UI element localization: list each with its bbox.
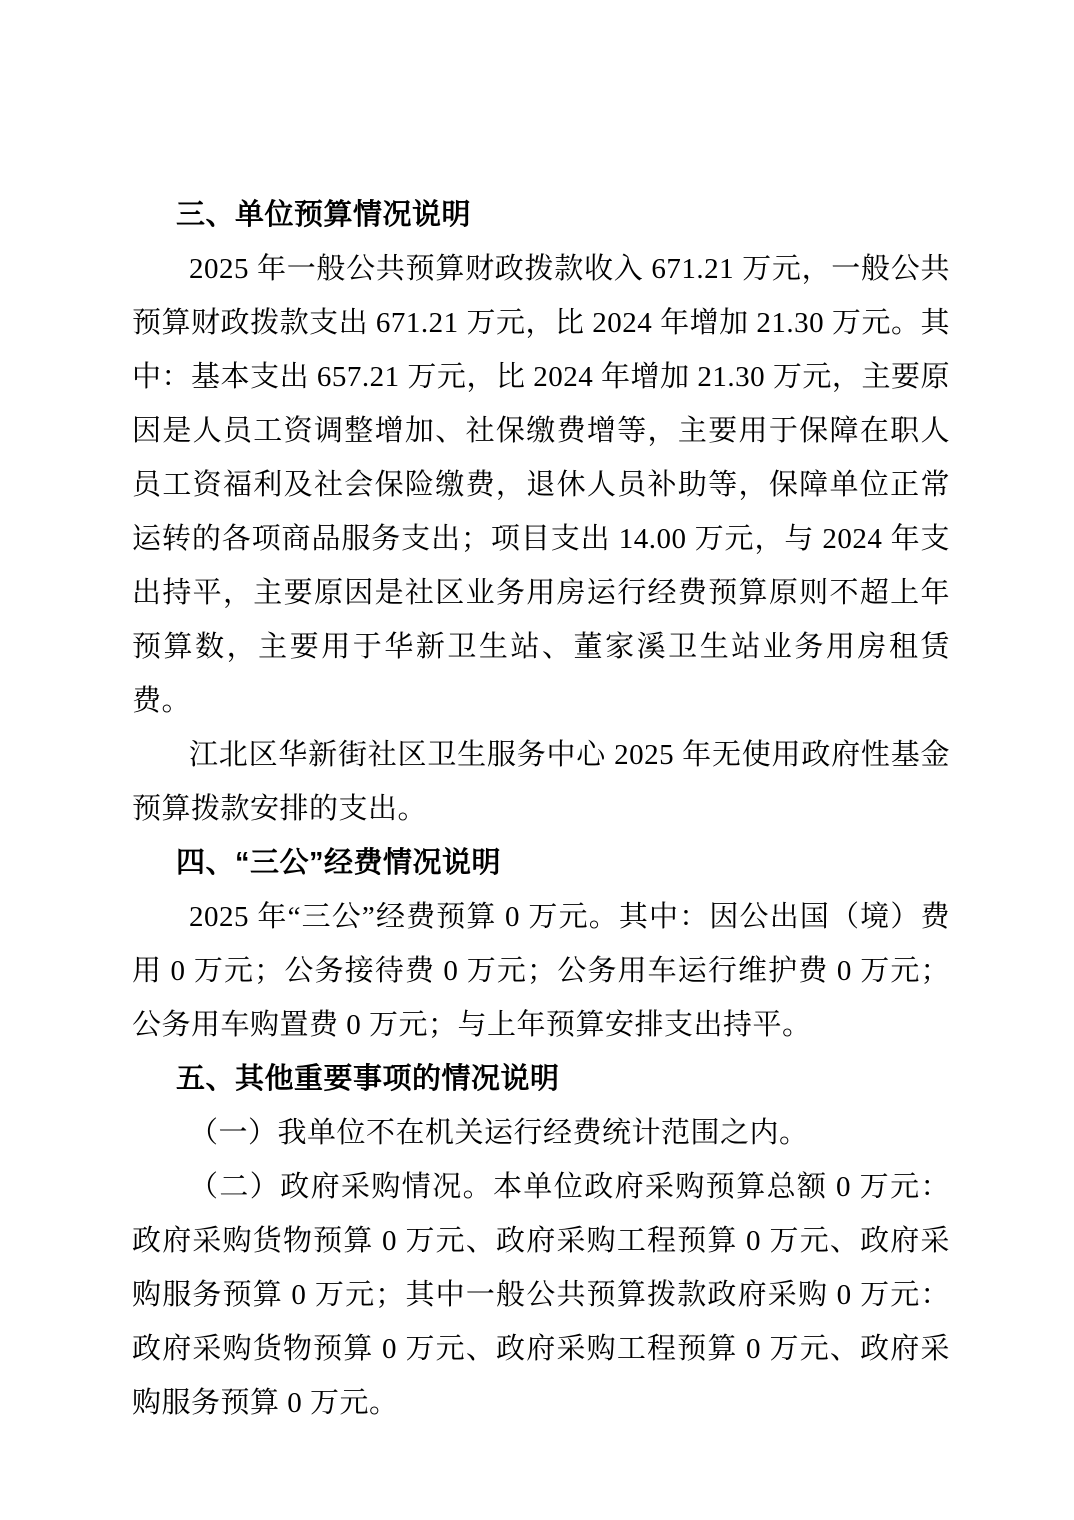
paragraph-government-procurement: （二）政府采购情况。本单位政府采购预算总额 0 万元：政府采购货物预算 0 万元… (132, 1160, 950, 1430)
paragraph-operating-expense-scope: （一）我单位不在机关运行经费统计范围之内。 (132, 1106, 950, 1160)
document-page: 三、单位预算情况说明 2025 年一般公共预算财政拨款收入 671.21 万元，… (0, 0, 1074, 1520)
section-heading-three-public-expenses: 四、“三公”经费情况说明 (132, 836, 950, 890)
document-content: 三、单位预算情况说明 2025 年一般公共预算财政拨款收入 671.21 万元，… (132, 188, 950, 1430)
section-heading-other-important-matters: 五、其他重要事项的情况说明 (132, 1052, 950, 1106)
paragraph-three-public-expenses: 2025 年“三公”经费预算 0 万元。其中：因公出国（境）费用 0 万元；公务… (132, 890, 950, 1052)
section-heading-unit-budget: 三、单位预算情况说明 (132, 188, 950, 242)
paragraph-government-fund: 江北区华新街社区卫生服务中心 2025 年无使用政府性基金预算拨款安排的支出。 (132, 728, 950, 836)
paragraph-budget-overview: 2025 年一般公共预算财政拨款收入 671.21 万元，一般公共预算财政拨款支… (132, 242, 950, 728)
